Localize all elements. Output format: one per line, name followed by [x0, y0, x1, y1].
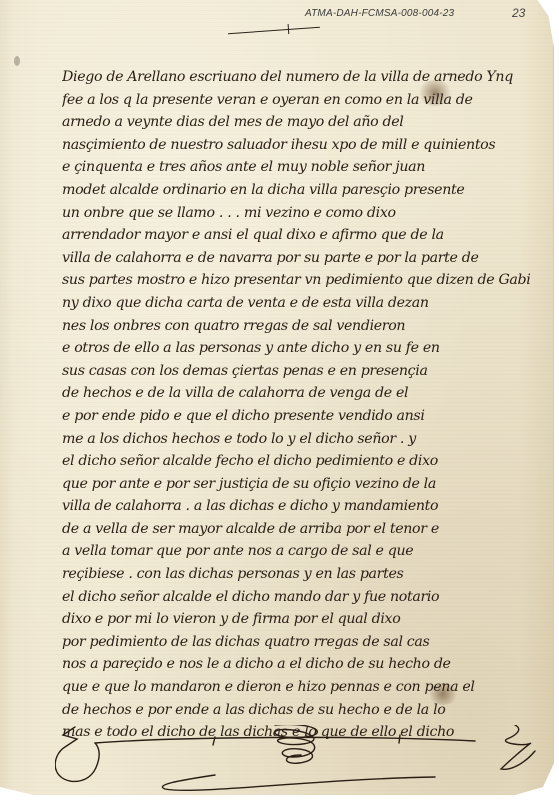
text-line: reçibiese . con las dichas personas y en…: [62, 563, 532, 586]
text-line: arnedo a veynte dias del mes de mayo del…: [62, 111, 532, 134]
text-line: arrendador mayor e ansi el qual dixo e a…: [62, 224, 532, 247]
text-line: villa de calahorra . a las dichas e dich…: [62, 495, 532, 518]
text-line: villa de calahorra e de navarra por su p…: [62, 247, 532, 270]
notarial-signature: [55, 725, 555, 800]
text-line: e otros de ello a las personas y ante di…: [62, 337, 532, 360]
text-line: a vella tomar que por ante nos a cargo d…: [62, 540, 532, 563]
text-line: e çinquenta e tres años ante el muy nobl…: [62, 156, 532, 179]
left-flourish-icon: [55, 727, 99, 781]
text-line: nasçimiento de nuestro saluador ihesu xp…: [62, 134, 532, 157]
archive-catalog-label: ATMA-DAH-FCMSA-008-004-23: [305, 8, 454, 19]
folio-number: 23: [512, 6, 525, 20]
manuscript-text: Diego de Arellano escriuano del numero d…: [62, 66, 532, 744]
text-line: e por ende pido e que el dicho presente …: [62, 405, 532, 428]
manuscript-page: ATMA-DAH-FCMSA-008-004-23 23 Diego de Ar…: [0, 0, 554, 795]
top-ink-stroke: [228, 27, 320, 34]
text-line: por pedimiento de las dichas quatro rreg…: [62, 631, 532, 654]
text-line: que e que lo mandaron e dieron e hizo pe…: [62, 676, 532, 699]
text-line: nos a pareçido e nos le a dicho a el dic…: [62, 653, 532, 676]
text-line: fee a los q la presente veran e oyeran e…: [62, 89, 532, 112]
text-line: nes los onbres con quatro rregas de sal …: [62, 315, 532, 338]
paper-blemish: [14, 56, 20, 66]
bottom-flourish-icon: [162, 775, 435, 790]
text-line: Diego de Arellano escriuano del numero d…: [62, 66, 532, 89]
text-line: de hechos e por ende a las dichas de su …: [62, 699, 532, 722]
text-line: dixo e por mi lo vieron y de firma por e…: [62, 608, 532, 631]
text-line: sus casas con los demas çiertas penas e …: [62, 360, 532, 383]
right-flourish-icon: [501, 725, 535, 769]
text-line: ny dixo que dicha carta de venta e de es…: [62, 292, 532, 315]
text-line: sus partes mostro e hizo presentar vn pe…: [62, 269, 532, 292]
text-line: que por ante e por ser justiçia de su of…: [62, 473, 532, 496]
text-line: de a vella de ser mayor alcalde de arrib…: [62, 518, 532, 541]
text-line: el dicho señor alcalde el dicho mando da…: [62, 586, 532, 609]
text-line: un onbre que se llamo . . . mi vezino e …: [62, 202, 532, 225]
text-line: de hechos e de la villa de calahorra de …: [62, 382, 532, 405]
central-rubric-icon: [275, 725, 317, 763]
text-line: me a los dichos hechos e todo lo y el di…: [62, 428, 532, 451]
text-line: el dicho señor alcalde fecho el dicho pe…: [62, 450, 532, 473]
text-line: modet alcalde ordinario en la dicha vill…: [62, 179, 532, 202]
